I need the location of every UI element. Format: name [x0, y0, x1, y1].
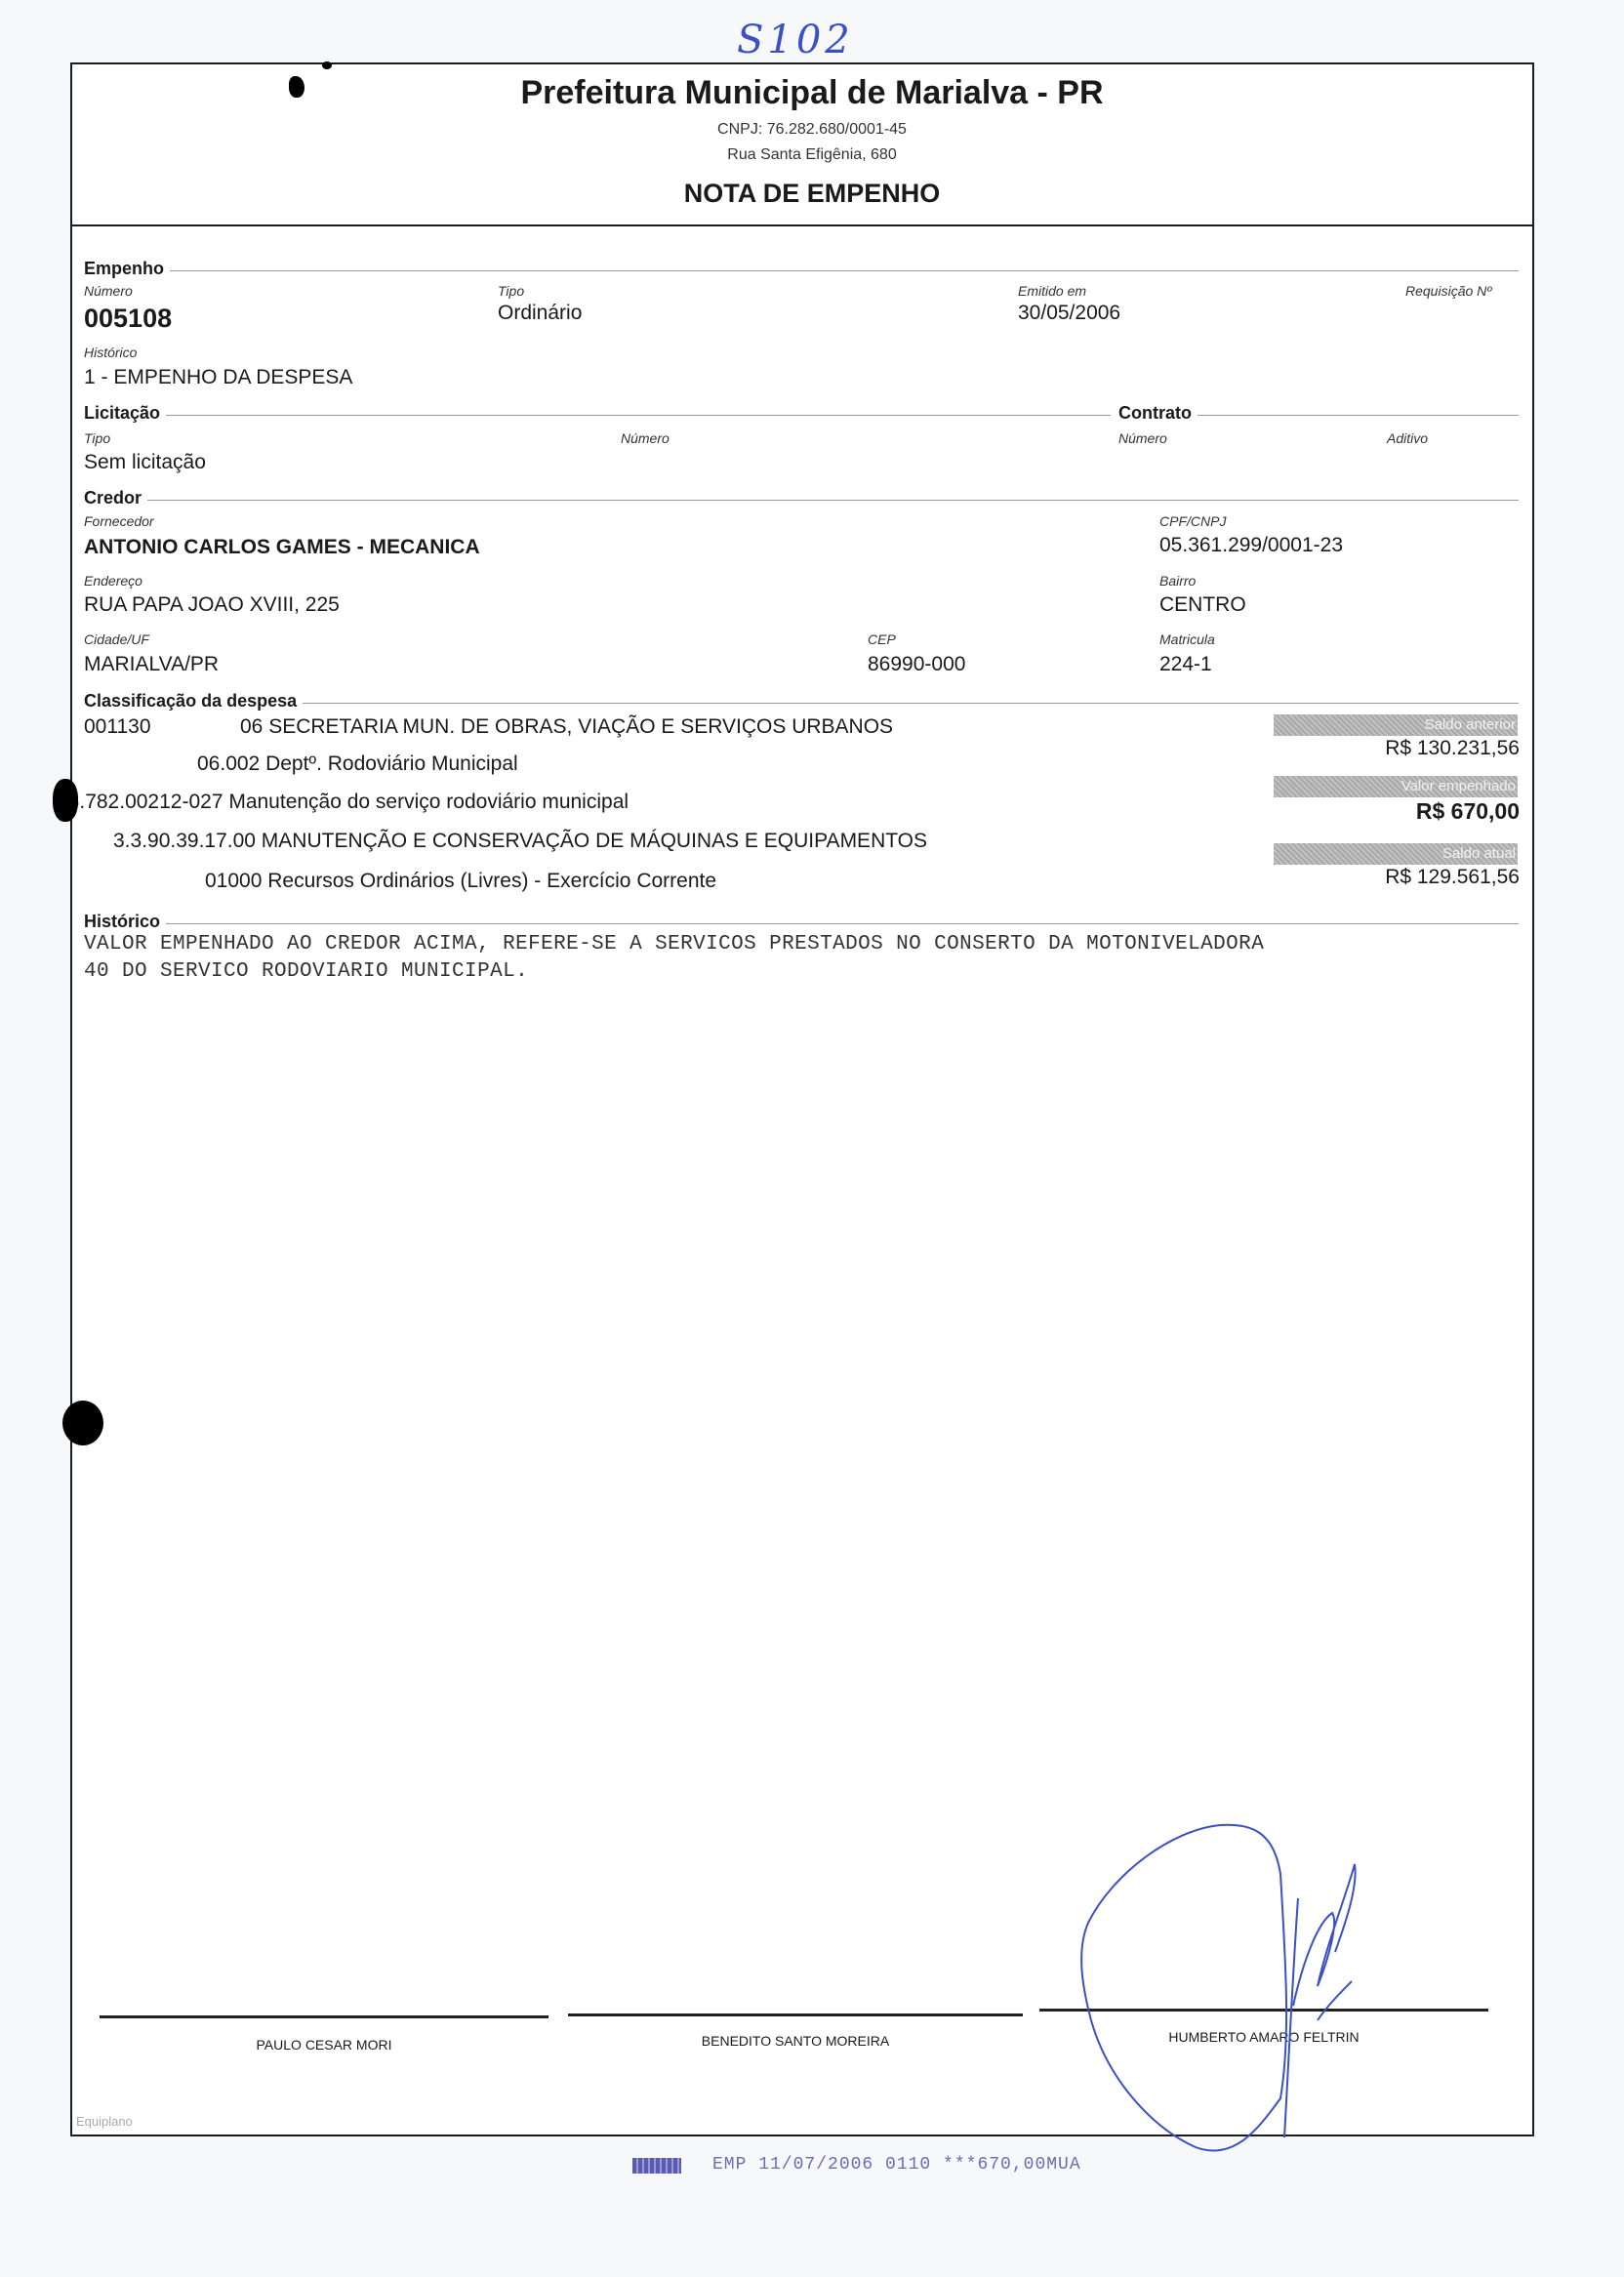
bairro-label: Bairro — [1159, 573, 1196, 589]
matricula-label: Matricula — [1159, 631, 1215, 647]
hole-punch-mark — [62, 1401, 103, 1445]
bank-stamp-logo-icon — [632, 2158, 681, 2174]
historico-text-line-2: 40 DO SERVICO RODOVIARIO MUNICIPAL. — [84, 960, 528, 983]
software-watermark: Equiplano — [76, 2114, 133, 2129]
classificacao-recurso: 01000 Recursos Ordinários (Livres) - Exe… — [205, 870, 716, 893]
bank-authentication-stamp: EMP 11/07/2006 0110 ***670,00MUA — [712, 2155, 1081, 2175]
fornecedor-name: ANTONIO CARLOS GAMES - MECANICA — [84, 536, 480, 559]
saldo-atual-label: Saldo atual — [1274, 843, 1518, 865]
emitido-date: 30/05/2006 — [1018, 302, 1120, 325]
header-address: Rua Santa Efigênia, 680 — [0, 146, 1624, 164]
historico-text-line-1: VALOR EMPENHADO AO CREDOR ACIMA, REFERE-… — [84, 933, 1264, 956]
signature-name-2: BENEDITO SANTO MOREIRA — [568, 2033, 1023, 2049]
handwritten-note: S102 — [737, 18, 854, 62]
ink-blot-mark — [322, 61, 332, 69]
section-heading-contrato: Contrato — [1111, 403, 1198, 424]
empenho-historico: 1 - EMPENHO DA DESPESA — [84, 366, 352, 389]
empenho-tipo-label: Tipo — [498, 283, 524, 299]
fornecedor-label: Fornecedor — [84, 513, 154, 529]
section-rule — [84, 270, 1519, 271]
empenho-historico-label: Histórico — [84, 345, 137, 360]
bairro-value: CENTRO — [1159, 593, 1246, 617]
licitacao-numero-label: Número — [621, 430, 670, 446]
matricula-value: 224-1 — [1159, 653, 1212, 676]
saldo-atual-value: R$ 129.561,56 — [1385, 866, 1520, 889]
valor-empenhado-value: R$ 670,00 — [1416, 798, 1520, 825]
cep-value: 86990-000 — [868, 653, 965, 676]
section-rule — [84, 923, 1519, 924]
section-heading-empenho: Empenho — [84, 259, 170, 279]
section-rule — [84, 415, 1519, 416]
document-type-heading: NOTA DE EMPENHO — [0, 179, 1624, 209]
signature-line-1 — [100, 2015, 548, 2018]
section-heading-credor: Credor — [84, 488, 147, 508]
saldo-anterior-label: Saldo anterior — [1274, 714, 1518, 736]
emitido-label: Emitido em — [1018, 283, 1086, 299]
saldo-anterior-value: R$ 130.231,56 — [1385, 737, 1520, 760]
requisicao-label: Requisição Nº — [1405, 283, 1491, 299]
classificacao-unidade: 06.002 Deptº. Rodoviário Municipal — [197, 752, 518, 776]
cep-label: CEP — [868, 631, 896, 647]
endereco-value: RUA PAPA JOAO XVIII, 225 — [84, 593, 340, 617]
header-divider — [70, 224, 1534, 226]
cpf-cnpj-value: 05.361.299/0001-23 — [1159, 534, 1343, 557]
endereco-label: Endereço — [84, 573, 142, 589]
cidade-label: Cidade/UF — [84, 631, 149, 647]
contrato-numero-label: Número — [1118, 430, 1167, 446]
handwritten-signature-icon — [1025, 1796, 1435, 2167]
signature-name-1: PAULO CESAR MORI — [100, 2037, 548, 2053]
empenho-tipo: Ordinário — [498, 302, 582, 325]
cpf-cnpj-label: CPF/CNPJ — [1159, 513, 1226, 529]
classificacao-elemento: 3.3.90.39.17.00 MANUTENÇÃO E CONSERVAÇÃO… — [113, 830, 927, 853]
empenho-numero-label: Número — [84, 283, 133, 299]
header-cnpj: CNPJ: 76.282.680/0001-45 — [0, 121, 1624, 139]
page-title: Prefeitura Municipal de Marialva - PR — [0, 74, 1624, 112]
section-heading-licitacao: Licitação — [84, 403, 166, 424]
contrato-aditivo-label: Aditivo — [1387, 430, 1428, 446]
section-heading-classificacao: Classificação da despesa — [84, 691, 303, 712]
classificacao-funcional: 26.782.00212-027 Manutenção do serviço r… — [57, 791, 629, 814]
signature-line-2 — [568, 2013, 1023, 2016]
licitacao-tipo: Sem licitação — [84, 451, 206, 474]
empenho-numero: 005108 — [84, 304, 172, 334]
classificacao-orgao: 06 SECRETARIA MUN. DE OBRAS, VIAÇÃO E SE… — [240, 715, 893, 739]
section-rule — [84, 500, 1519, 501]
licitacao-tipo-label: Tipo — [84, 430, 110, 446]
hole-punch-mark — [53, 779, 78, 822]
classificacao-codigo: 001130 — [84, 715, 151, 739]
valor-empenhado-label: Valor empenhado — [1274, 776, 1518, 797]
section-heading-historico: Histórico — [84, 912, 166, 932]
cidade-value: MARIALVA/PR — [84, 653, 219, 676]
